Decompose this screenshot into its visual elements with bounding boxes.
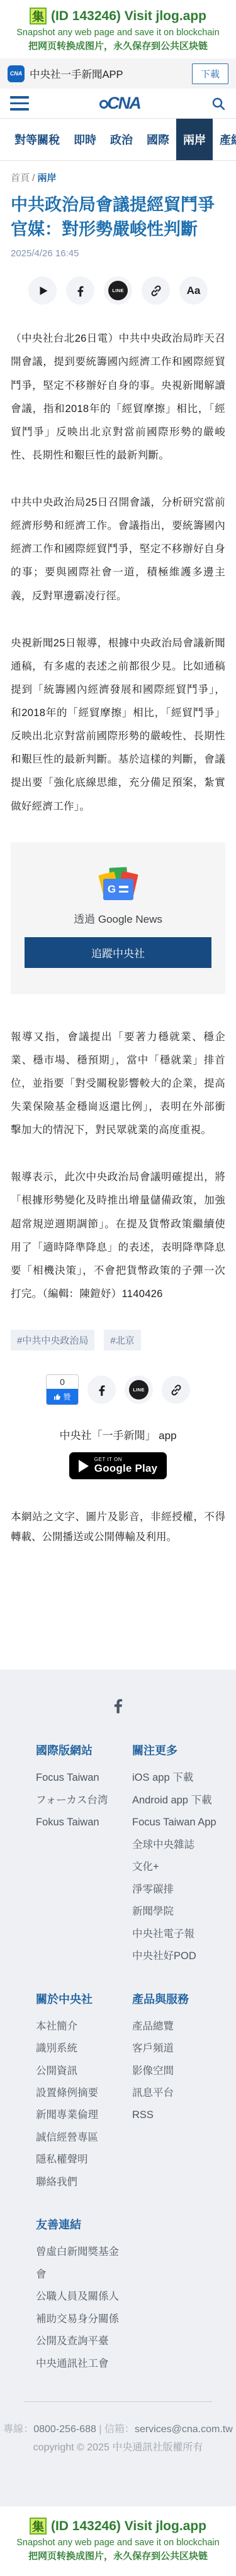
jlog-tagline-en: Snapshot any web page and save it on blo… (0, 2538, 236, 2548)
ad-slot-empty (0, 1547, 236, 1670)
like-count: 0 (47, 1375, 78, 1389)
google-play-badge[interactable]: GET IT ON Google Play (69, 1452, 167, 1479)
google-news-icon: G (99, 867, 138, 900)
google-play-icon (79, 1460, 89, 1472)
site-header: CNA (0, 89, 236, 118)
jlog-link[interactable]: (ID 143246) Visit jlog.app (51, 9, 206, 24)
nav-tab[interactable]: 產經 (213, 119, 236, 160)
footer-link[interactable]: Focus Taiwan App (132, 1812, 222, 1834)
thumbs-up-icon (53, 1393, 61, 1401)
footer-link[interactable]: 文化+ (132, 1856, 222, 1878)
nav-tab[interactable]: 即時 (67, 119, 103, 160)
article-date: 2025/4/26 16:45 (11, 248, 225, 259)
facebook-icon (95, 1383, 109, 1397)
footer-link[interactable]: 影像空間 (132, 2060, 222, 2082)
copy-link-button-bottom[interactable] (162, 1376, 190, 1404)
footer-link[interactable]: 客戶頻道 (132, 2038, 222, 2060)
share-line-button[interactable]: LINE (104, 276, 132, 305)
app-promo-title: 中央社一手新聞APP (30, 66, 187, 81)
follow-cna-button[interactable]: 追蹤中央社 (25, 937, 211, 968)
jlog-tagline-zh: 把网页转换成图片，永久保存到公共区块链 (0, 39, 236, 52)
google-news-box: G 透過 Google News 追蹤中央社 (11, 842, 225, 994)
jlog-banner-bottom: 集 (ID 143246) Visit jlog.app Snapshot an… (0, 2506, 236, 2576)
app-promo-bar: CNA 中央社一手新聞APP 下載 (0, 58, 236, 89)
footer-heading: 友善連結 (36, 2216, 126, 2232)
footer-col-products: 產品與服務 產品總覽客戶頻道影像空間訊息平台RSS (132, 1991, 222, 2194)
share-toolbar: LINE Aa (0, 276, 236, 305)
line-icon: LINE (108, 281, 128, 300)
jlog-logo-icon: 集 (30, 8, 47, 24)
link-icon (149, 284, 163, 298)
line-icon: LINE (129, 1380, 149, 1399)
search-icon[interactable] (211, 96, 226, 111)
footer-link[interactable]: 產品總覽 (132, 2016, 222, 2038)
category-nav: 對等關稅 即時 政治 國際 兩岸 產經 (0, 118, 236, 161)
article-paragraph: （中央社台北26日電）中共中央政治局昨天召開會議，提到要統籌國內經濟工作和國際經… (11, 327, 225, 467)
jlog-logo-icon: 集 (30, 2518, 47, 2535)
hashtag[interactable]: #北京 (104, 1330, 140, 1350)
share-facebook-button-bottom[interactable] (87, 1376, 116, 1404)
footer-link[interactable]: RSS (132, 2104, 222, 2126)
jlog-tagline-zh: 把网页转换成图片，永久保存到公共区块链 (0, 2549, 236, 2562)
page-title: 中共政治局會議提經貿鬥爭 官媒：對形勢嚴峻性判斷 (11, 193, 225, 242)
copyright-disclaimer: 本網站之文字、圖片及影音，非經授權，不得轉載、公開播送或公開傳輸及利用。 (11, 1507, 225, 1547)
article-paragraph: 報導又指，會議提出「要著力穩就業、穩企業、穩市場、穩預期」，當中「穩就業」排首位… (11, 1026, 225, 1143)
footer-link[interactable]: 聯絡我們 (36, 2171, 126, 2193)
nav-tab[interactable]: 國際 (140, 119, 176, 160)
copy-link-button[interactable] (142, 276, 170, 305)
footer-heading: 關於中央社 (36, 1991, 126, 2007)
footer-link[interactable]: 公職人員及關係人補助交易身分關係公開及查詢平臺 (36, 2286, 126, 2352)
footer-col-friendly-links: 友善連結 曾虛白新聞獎基金會公職人員及關係人補助交易身分關係公開及查詢平臺中央通… (36, 2216, 126, 2375)
hashtag-row: #中共中央政治局 #北京 (0, 1330, 236, 1350)
footer-link[interactable]: Fokus Taiwan (36, 1812, 126, 1834)
footer-link[interactable]: Focus Taiwan (36, 1767, 126, 1789)
app-promo-label: 中央社「一手新聞」 app (0, 1427, 236, 1442)
article-paragraph: 央視新聞25日報導，根據中央政治局會議新聞通稿，有多處的表述之前都很少見。比如通… (11, 632, 225, 818)
link-icon (169, 1383, 183, 1397)
like-widget[interactable]: 0 赞 (46, 1374, 79, 1405)
footer-email-link[interactable]: services@cna.com.tw (135, 2424, 233, 2435)
footer-copyright: copyright © 2025 中央通訊社版權所有 (0, 2439, 236, 2454)
facebook-icon (74, 284, 87, 298)
article-body: （中央社台北26日電）中共中央政治局昨天召開會議，提到要統籌國內經濟工作和國際經… (0, 322, 236, 818)
footer-link[interactable]: 曾虛白新聞獎基金會 (36, 2241, 126, 2286)
article-paragraph: 中共中央政治局25日召開會議，分析研究當前經濟形勢和經濟工作。會議指出，要統籌國… (11, 491, 225, 608)
footer-link[interactable]: 訊息平台 (132, 2082, 222, 2104)
article-paragraph: 報導表示，此次中央政治局會議明確提出，將「根據形勢變化及時推出增量儲備政策，加強… (11, 1166, 225, 1306)
app-download-button[interactable]: 下載 (192, 63, 228, 84)
footer-heading: 產品與服務 (132, 1991, 222, 2007)
google-news-label: 透過 Google News (25, 910, 211, 926)
footer-heading: 國際版網站 (36, 1742, 126, 1758)
font-size-icon: Aa (187, 285, 201, 297)
footer-link[interactable]: 公開資訊 (36, 2060, 126, 2082)
footer-link[interactable]: 中央社電子報 (132, 1923, 222, 1945)
footer-link[interactable]: 新聞專業倫理 (36, 2104, 126, 2126)
breadcrumb-separator: / (30, 173, 38, 183)
play-icon (37, 285, 48, 296)
footer-link[interactable]: 識別系統 (36, 2038, 126, 2060)
app-promo-section: 中央社「一手新聞」 app GET IT ON Google Play (0, 1427, 236, 1479)
share-facebook-button[interactable] (66, 276, 94, 305)
like-button[interactable]: 赞 (47, 1389, 78, 1405)
footer-link[interactable]: 本社簡介 (36, 2016, 126, 2038)
footer-divider (24, 2401, 212, 2402)
breadcrumb: 首頁 / 兩岸 (0, 161, 236, 184)
footer-facebook-icon[interactable] (108, 1696, 129, 1718)
jlog-banner-top: 集 (ID 143246) Visit jlog.app Snapshot an… (0, 0, 236, 58)
jlog-link[interactable]: (ID 143246) Visit jlog.app (51, 2519, 206, 2534)
footer-col-international: 國際版網站 Focus Taiwanフォーカス台湾Fokus Taiwan (36, 1742, 126, 1967)
hashtag[interactable]: #中共中央政治局 (11, 1330, 94, 1350)
jlog-tagline-en: Snapshot any web page and save it on blo… (0, 28, 236, 38)
footer-link[interactable]: 中央通訊社工會 (36, 2353, 126, 2375)
nav-tab[interactable]: 政治 (103, 119, 140, 160)
footer-link[interactable]: 新聞學院 (132, 1901, 222, 1923)
font-size-button[interactable]: Aa (179, 276, 208, 305)
footer-link[interactable]: 全球中央雜誌 (132, 1834, 222, 1856)
share-toolbar-bottom: 0 赞 LINE (0, 1374, 236, 1405)
cna-app-icon: CNA (8, 65, 25, 82)
footer-heading: 關注更多 (132, 1742, 222, 1758)
footer-col-more: 關注更多 iOS app 下載Android app 下載Focus Taiwa… (132, 1742, 222, 1967)
share-line-button-bottom[interactable]: LINE (125, 1376, 153, 1404)
footer-link[interactable]: フォーカス台湾 (36, 1790, 126, 1812)
nav-tab[interactable]: 對等關稅 (8, 119, 67, 160)
footer-link[interactable]: 設置條例摘要 (36, 2082, 126, 2104)
footer-link[interactable]: Android app 下載 (132, 1790, 222, 1812)
breadcrumb-home[interactable]: 首頁 (11, 173, 30, 183)
footer-link[interactable]: 中央社好POD (132, 1945, 222, 1967)
nav-tab[interactable]: 兩岸 (176, 119, 213, 160)
footer-link[interactable]: 誠信經營專區 (36, 2127, 126, 2149)
audio-play-button[interactable] (28, 276, 57, 305)
footer-link[interactable]: iOS app 下載 (132, 1767, 222, 1789)
footer-contact: 專線：0800-256-688 | 信箱：services@cna.com.tw (0, 2421, 236, 2435)
breadcrumb-section[interactable]: 兩岸 (38, 173, 57, 183)
site-footer: 國際版網站 Focus Taiwanフォーカス台湾Fokus Taiwan 關注… (0, 1670, 236, 2506)
hamburger-menu-icon[interactable] (10, 96, 29, 111)
footer-link[interactable]: 隱私權聲明 (36, 2149, 126, 2171)
article-body-continued: 報導又指，會議提出「要著力穩就業、穩企業、穩市場、穩預期」，當中「穩就業」排首位… (0, 1021, 236, 1306)
footer-hotline: 0800-256-688 (33, 2424, 96, 2435)
footer-link[interactable]: 淨零碳排 (132, 1879, 222, 1901)
footer-col-about: 關於中央社 本社簡介識別系統公開資訊設置條例摘要新聞專業倫理誠信經營專區隱私權聲… (36, 1991, 126, 2194)
cna-logo[interactable]: CNA (99, 94, 140, 113)
